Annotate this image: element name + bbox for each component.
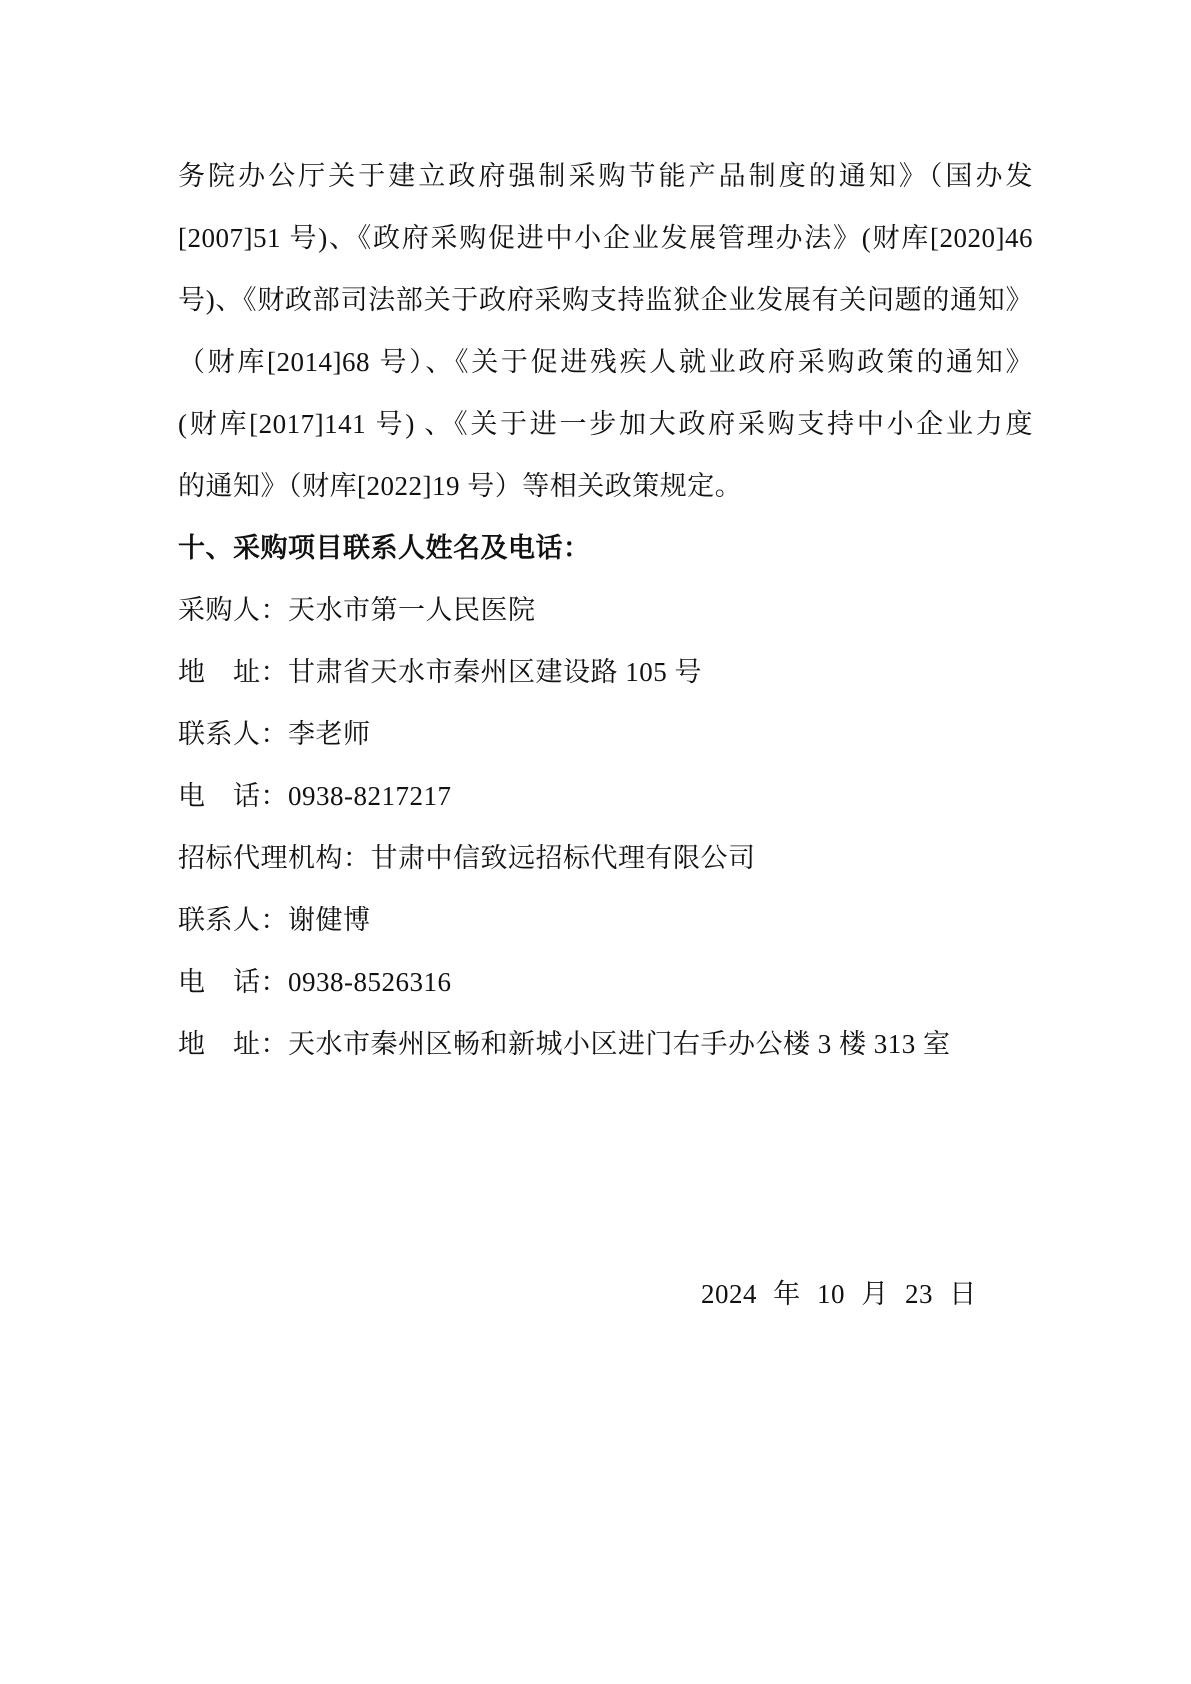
- paragraph-line: 的通知》（财库[2022]19 号）等相关政策规定。: [178, 455, 1033, 517]
- contact-line-agency-contact: 联系人：谢健博: [178, 889, 1033, 951]
- paragraph-line: （财库[2014]68 号）、《关于促进残疾人就业政府采购政策的通知》: [178, 331, 1033, 393]
- contact-line-purchaser-address: 地 址：甘肃省天水市秦州区建设路 105 号: [178, 641, 1033, 703]
- paragraph-line: [2007]51 号)、《政府采购促进中小企业发展管理办法》(财库[2020]4…: [178, 207, 1033, 269]
- document-text-block: 务院办公厅关于建立政府强制采购节能产品制度的通知》（国办发 [2007]51 号…: [178, 145, 1033, 1325]
- document-date: 2024 年 10 月 23 日: [178, 1263, 1033, 1325]
- paragraph-line: 务院办公厅关于建立政府强制采购节能产品制度的通知》（国办发: [178, 145, 1033, 207]
- contact-line-agency-address: 地 址：天水市秦州区畅和新城小区进门右手办公楼 3 楼 313 室: [178, 1013, 1033, 1075]
- paragraph-line: (财库[2017]141 号) 、《关于进一步加大政府采购支持中小企业力度: [178, 393, 1033, 455]
- contact-line-purchaser-phone: 电 话：0938-8217217: [178, 765, 1033, 827]
- contact-line-purchaser-contact: 联系人：李老师: [178, 703, 1033, 765]
- contact-line-purchaser: 采购人：天水市第一人民医院: [178, 579, 1033, 641]
- contact-line-agency: 招标代理机构：甘肃中信致远招标代理有限公司: [178, 827, 1033, 889]
- section-heading: 十、采购项目联系人姓名及电话：: [178, 517, 1033, 579]
- document-page: 务院办公厅关于建立政府强制采购节能产品制度的通知》（国办发 [2007]51 号…: [0, 0, 1191, 1684]
- contact-line-agency-phone: 电 话：0938-8526316: [178, 951, 1033, 1013]
- paragraph-line: 号)、《财政部司法部关于政府采购支持监狱企业发展有关问题的通知》: [178, 269, 1033, 331]
